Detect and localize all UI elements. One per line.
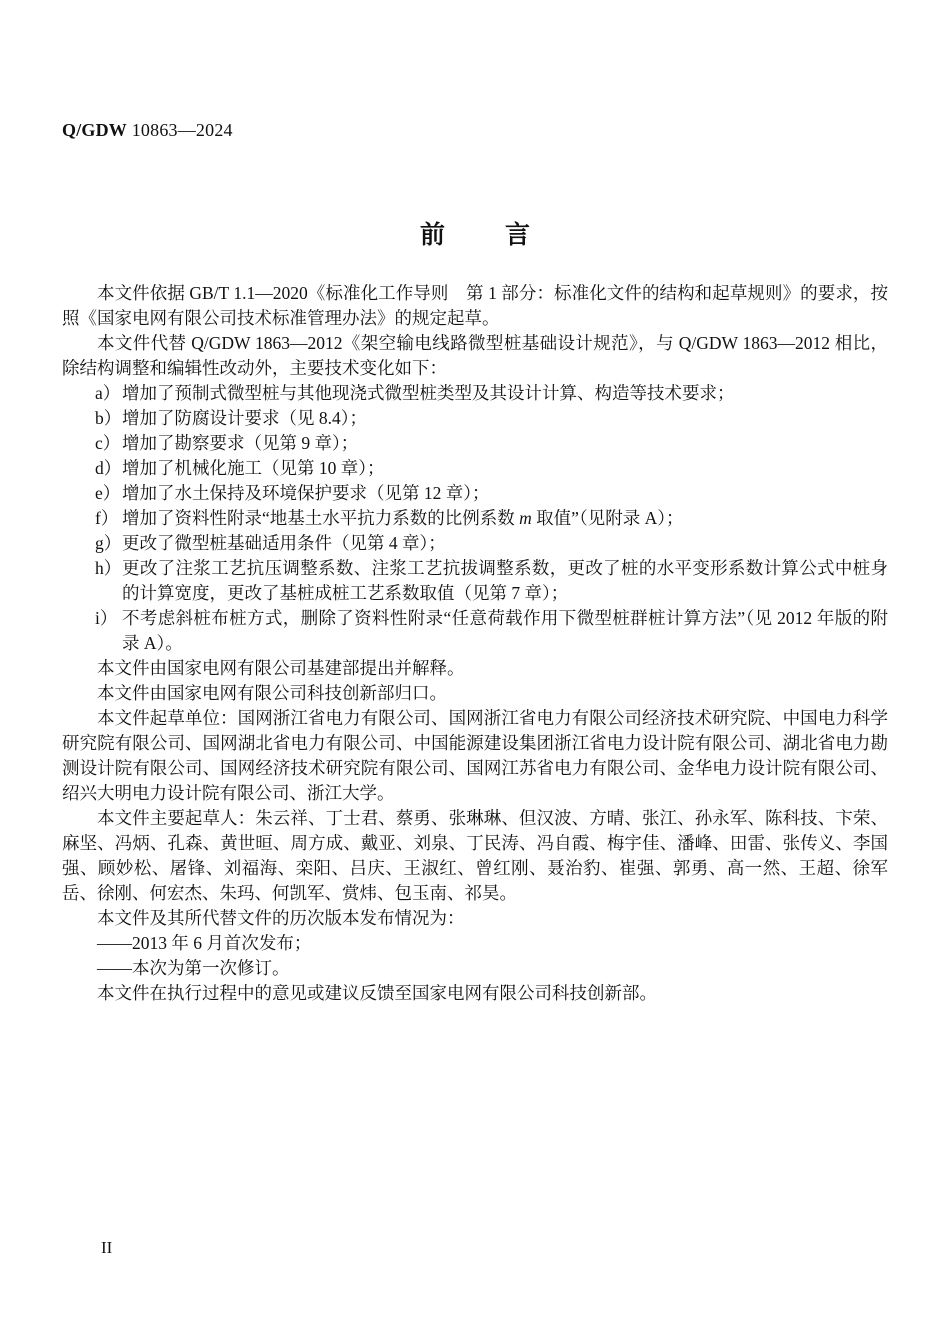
list-item-text: 增加了防腐设计要求（见 8.4）； bbox=[122, 406, 888, 431]
standard-code-number: 10863—2024 bbox=[132, 120, 233, 140]
document-page: Q/GDW 10863—2024 前言 本文件依据 GB/T 1.1—2020《… bbox=[0, 0, 950, 1344]
list-item-label: f） bbox=[95, 506, 122, 531]
list-item-text: 更改了注浆工艺抗压调整系数、注浆工艺抗拔调整系数，更改了桩的水平变形系数计算公式… bbox=[122, 556, 888, 606]
paragraph: 本文件起草单位：国网浙江省电力有限公司、国网浙江省电力有限公司经济技术研究院、中… bbox=[62, 706, 888, 806]
list-item-text: 增加了预制式微型桩与其他现浇式微型桩类型及其设计计算、构造等技术要求； bbox=[122, 381, 888, 406]
list-item-label: d） bbox=[95, 456, 122, 481]
list-item: g）更改了微型桩基础适用条件（见第 4 章）； bbox=[62, 531, 888, 556]
list-item: c）增加了勘察要求（见第 9 章）； bbox=[62, 431, 888, 456]
list-item: i）不考虑斜桩布桩方式，删除了资料性附录“任意荷载作用下微型桩群桩计算方法”（见… bbox=[62, 606, 888, 656]
list-item-label: i） bbox=[95, 606, 122, 656]
list-item: f）增加了资料性附录“地基土水平抗力系数的比例系数 m 取值”（见附录 A）； bbox=[62, 506, 888, 531]
list-item: h）更改了注浆工艺抗压调整系数、注浆工艺抗拔调整系数，更改了桩的水平变形系数计算… bbox=[62, 556, 888, 606]
paragraph: 本文件在执行过程中的意见或建议反馈至国家电网有限公司科技创新部。 bbox=[62, 981, 888, 1006]
paragraph: 本文件由国家电网有限公司基建部提出并解释。 bbox=[62, 656, 888, 681]
list-item-label: h） bbox=[95, 556, 122, 606]
paragraph: 本文件代替 Q/GDW 1863—2012《架空输电线路微型桩基础设计规范》，与… bbox=[62, 331, 888, 381]
foreword-content: 本文件依据 GB/T 1.1—2020《标准化工作导则 第 1 部分：标准化文件… bbox=[62, 281, 888, 1006]
list-item-label: g） bbox=[95, 531, 122, 556]
standard-code: Q/GDW 10863—2024 bbox=[62, 120, 233, 141]
list-item-label: e） bbox=[95, 481, 122, 506]
standard-code-prefix: Q/GDW bbox=[62, 120, 127, 140]
list-item-text: 增加了资料性附录“地基土水平抗力系数的比例系数 m 取值”（见附录 A）； bbox=[122, 506, 888, 531]
list-item: a）增加了预制式微型桩与其他现浇式微型桩类型及其设计计算、构造等技术要求； bbox=[62, 381, 888, 406]
variable-symbol: m bbox=[519, 508, 532, 528]
list-item-text: 增加了水土保持及环境保护要求（见第 12 章）； bbox=[122, 481, 888, 506]
list-item-text: 增加了机械化施工（见第 10 章）； bbox=[122, 456, 888, 481]
list-item-label: a） bbox=[95, 381, 122, 406]
revision-history-item: ——2013 年 6 月首次发布； bbox=[62, 931, 888, 956]
list-item-text: 增加了勘察要求（见第 9 章）； bbox=[122, 431, 888, 456]
list-item: e）增加了水土保持及环境保护要求（见第 12 章）； bbox=[62, 481, 888, 506]
revision-history-item: ——本次为第一次修订。 bbox=[62, 956, 888, 981]
paragraph: 本文件由国家电网有限公司科技创新部归口。 bbox=[62, 681, 888, 706]
list-item: d）增加了机械化施工（见第 10 章）； bbox=[62, 456, 888, 481]
paragraph: 本文件主要起草人：朱云祥、丁士君、蔡勇、张琳琳、但汉波、方晴、张江、孙永军、陈科… bbox=[62, 806, 888, 906]
page-title: 前言 bbox=[0, 215, 950, 251]
paragraph: 本文件依据 GB/T 1.1—2020《标准化工作导则 第 1 部分：标准化文件… bbox=[62, 281, 888, 331]
list-item-label: c） bbox=[95, 431, 122, 456]
list-item-text: 更改了微型桩基础适用条件（见第 4 章）； bbox=[122, 531, 888, 556]
list-item: b）增加了防腐设计要求（见 8.4）； bbox=[62, 406, 888, 431]
list-item-text: 不考虑斜桩布桩方式，删除了资料性附录“任意荷载作用下微型桩群桩计算方法”（见 2… bbox=[122, 606, 888, 656]
list-item-label: b） bbox=[95, 406, 122, 431]
paragraph: 本文件及其所代替文件的历次版本发布情况为： bbox=[62, 906, 888, 931]
page-number: II bbox=[101, 1238, 112, 1258]
